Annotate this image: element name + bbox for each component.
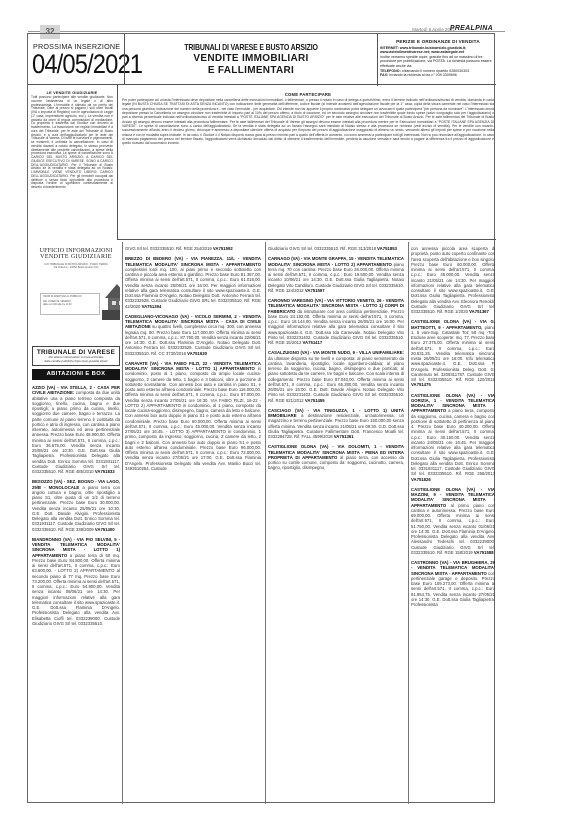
house-icon — [102, 280, 120, 320]
listing: CASTIGLIONE OLONA (VA) - VIA MAZZINI, 9 … — [411, 487, 495, 555]
ufficio-informazioni-ad: UFFICIO INFORMAZIONI VENDITE GIUDIZIARIE… — [32, 248, 120, 342]
telefono-label: TELEFONO: — [380, 69, 401, 73]
telefono-value: chiamando il numero ripartito 0280030303 — [402, 69, 469, 73]
listing: BIANDRONNO (VA) - VIA PIO SELVINI, 5 - V… — [32, 537, 120, 626]
divider — [117, 85, 118, 240]
column-divider — [122, 242, 123, 804]
fax-label: FAX: — [380, 73, 388, 77]
tribunale-portal-link[interactable]: delle vendite pubbliche https://pvp.gius… — [33, 360, 119, 364]
hours-title: ORARI DI APERTURA AL PUBBLICO — [43, 296, 97, 299]
listing: CARONNO VARESINO (VA) - VIA VITTORIO VEN… — [268, 298, 404, 345]
vendite-giudiziarie-box: LE VENDITE GIUDIZIARIE Tutti possono par… — [28, 89, 116, 236]
listing: CASTRONNO (VA) - VIA BRUGHIERA, 29 - VEN… — [411, 560, 495, 607]
tribunale-varese-box: TRIBUNALE DI VARESE Per ulteriori inform… — [32, 346, 120, 366]
listing: CASTIGLIONE OLONA (VA) - VIA GORIZIA, 1 … — [411, 393, 495, 482]
ufficio-title-2: VENDITE GIUDIZIARIE — [32, 254, 120, 260]
perizie-body: Inoltre verranno spedite copie, gratuite… — [380, 55, 496, 69]
opening-hours-box: ORARI DI APERTURA AL PUBBLICO DAL LUNEDÌ… — [40, 293, 100, 315]
perizie-title: PERIZIE E ORDINANZE DI VENDITA — [380, 40, 496, 45]
internet-label: INTERNET: — [380, 46, 399, 50]
auction-page: PROSSIMA INSERZIONE 04/05/2021 TRIBUNALI… — [27, 33, 495, 803]
issue-date: Martedì 6 Aprile 2021 — [412, 27, 455, 32]
come-partecipare-box: COME PARTECIPARE Per poter partecipare a… — [120, 92, 496, 237]
listing: CARNAGO (VA) - VIA MONTE GRAPPA, 15 - VE… — [268, 256, 404, 293]
listing: CASTIGLIONE OLONA (VA) - VIA DOLOMITI, 1… — [268, 444, 404, 470]
column-2: GIVG Srl tel. 0332335510. Rif. RGE 254/2… — [125, 244, 261, 804]
listing: CASCIAGO (VA) - VIA TINIGUZZA, 1 - LOTTO… — [268, 408, 404, 440]
perizie-box: PERIZIE E ORDINANZE DI VENDITA INTERNET:… — [380, 40, 496, 78]
listing: CADEGLIANO-VICONAGO (VA) - VICOLO SERMIN… — [125, 314, 261, 356]
listing: CARAVATE (VA) - VIA FABIO FILZI, 22 - VE… — [125, 361, 261, 471]
next-insertion-box: PROSSIMA INSERZIONE 04/05/2021 — [28, 34, 123, 84]
listing: CASTIGLIONE OLONA (VA) - VIA G. MATTEOTT… — [411, 319, 495, 387]
fax-value: inviando la richiesta al fax n° 039.3309… — [389, 73, 457, 77]
column-divider — [408, 242, 409, 804]
vendite-body: Tutti possono partecipare alle vendite g… — [31, 96, 113, 190]
section-banner: TRIBUNALI DI VARESE E BUSTO ARSIZIO VEND… — [126, 34, 376, 84]
newspaper-brand: PREALPINA — [450, 25, 493, 32]
ufficio-address-2: Via Volturno - 21052 Busto Arsizio (VA) — [32, 266, 120, 269]
banner-title: TRIBUNALI DI VARESE E BUSTO ARSIZIO — [149, 42, 354, 52]
category-header: ABITAZIONI E BOX — [32, 369, 120, 380]
divider — [124, 34, 125, 84]
column-3: Giudiziario GIVG Srl tel. 0332335510. Ri… — [268, 244, 404, 804]
divider — [28, 84, 496, 85]
banner-heading-2: E FALLIMENTARI — [126, 65, 376, 76]
listing: con annessa piccola area scoperta di pro… — [411, 246, 495, 314]
listing: AZZIO (VA) - VIA STELLA, 2 - CASA PER CI… — [32, 385, 120, 474]
listing: GIVG Srl tel. 0332335510. Rif. RGE 254/2… — [125, 246, 261, 251]
listing: Giudiziario GIVG Srl tel. 0332335510. Ri… — [268, 246, 404, 251]
column-4: con annessa piccola area scoperta di pro… — [411, 244, 495, 804]
listing: BREZZO DI BEDERO (VA) - VIA PIANEZZA, 11… — [125, 256, 261, 309]
divider — [377, 34, 378, 86]
hours-time: dalle ore 9.00 alle ore 12.30 — [43, 304, 97, 307]
listing: CASALZUIGNO (VA) - VIA MONTE NUDO, 9 - V… — [268, 350, 404, 403]
column-1: UFFICIO INFORMAZIONI VENDITE GIUDIZIARIE… — [32, 244, 120, 804]
come-body: Per poter partecipare ad un'asta l'inter… — [122, 98, 494, 146]
banner-heading-1: VENDITE IMMOBILIARI — [126, 53, 376, 64]
listing: BESOZZO (VA) - SEZ. BOGNO - VIA LAGO, 29… — [32, 479, 120, 532]
divider — [117, 239, 496, 240]
column-divider — [265, 242, 266, 804]
come-title: COME PARTECIPARE — [122, 92, 494, 97]
